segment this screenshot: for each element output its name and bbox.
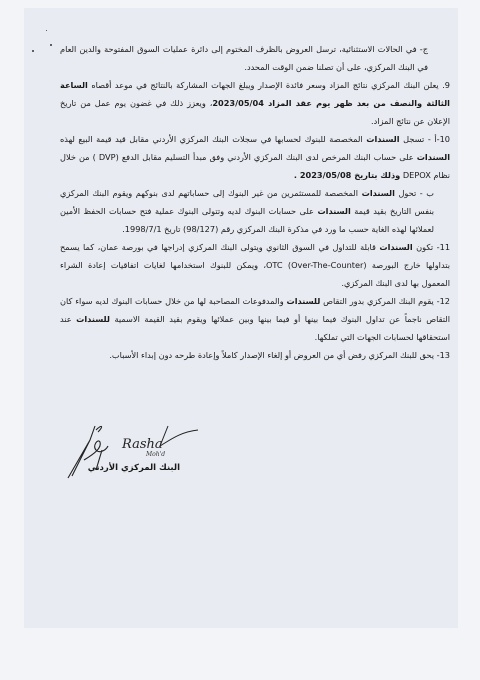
item-8c: ج- في الحالات الاستثنائية، ترسل العروض ب… bbox=[60, 40, 450, 76]
item-12: 12- يقوم البنك المركزي بدور التقاص للسند… bbox=[60, 292, 450, 346]
item-11-text: تكون bbox=[416, 242, 433, 252]
bold-bonds: السندات bbox=[417, 152, 450, 162]
item-9: 9. يعلن البنك المركزي نتائج المزاد وسعر … bbox=[60, 76, 450, 130]
item-13: 13- يحق للبنك المركزي رفض أي من العروض أ… bbox=[60, 346, 450, 364]
item-8c-line1: ج- في الحالات الاستثنائية، ترسل العروض ب… bbox=[104, 44, 428, 54]
item-11: 11- تكون السندات قابلة للتداول في السوق … bbox=[60, 238, 450, 292]
bold-bonds: السندات bbox=[317, 206, 350, 216]
item-10b: ب - تحول السندات المخصصة للمستثمرين من غ… bbox=[60, 184, 450, 238]
bold-bonds: السندات bbox=[366, 134, 399, 144]
signature-sub: Moh'd bbox=[145, 451, 165, 458]
document-body: ج- في الحالات الاستثنائية، ترسل العروض ب… bbox=[60, 40, 450, 364]
item-12-text: يقوم البنك المركزي بدور التقاص bbox=[323, 296, 434, 306]
item-9-text: يعلن البنك المركزي نتائج المزاد وسعر فائ… bbox=[91, 80, 438, 90]
item-number: 10-أ - bbox=[428, 134, 450, 144]
scan-speck bbox=[46, 30, 47, 31]
scan-speck bbox=[50, 44, 52, 46]
signatory-label: البنك المركزي الأردني bbox=[60, 463, 180, 473]
bold-bonds: السندات bbox=[379, 242, 412, 252]
item-10a: 10-أ - تسجل السندات المخصصة للبنوك لحساب… bbox=[60, 130, 450, 184]
item-10a-bold-date: وذلك بتاريخ 2023/05/08 . bbox=[294, 170, 400, 180]
item-number: ب - bbox=[420, 188, 434, 198]
item-10a-text: المخصصة للبنوك لحسابها في سجلات البنك ال… bbox=[60, 134, 363, 144]
bold-bonds: للسندات bbox=[76, 314, 110, 324]
bold-bonds: للسندات bbox=[286, 296, 320, 306]
item-number: 13- bbox=[437, 350, 450, 360]
item-10a-text: تسجل bbox=[403, 134, 424, 144]
otc-term: (Over-The-Counter) bbox=[288, 260, 367, 270]
item-10b-text: تحول bbox=[398, 188, 416, 198]
item-number: 12- bbox=[437, 296, 450, 306]
bold-bonds: السندات bbox=[362, 188, 395, 198]
item-13-text: يحق للبنك المركزي رفض أي من العروض أو إل… bbox=[109, 350, 434, 360]
signature-name: Rasha bbox=[121, 437, 163, 452]
scan-speck bbox=[32, 50, 34, 52]
item-number: 11- bbox=[437, 242, 450, 252]
item-number: 9. bbox=[442, 80, 450, 90]
